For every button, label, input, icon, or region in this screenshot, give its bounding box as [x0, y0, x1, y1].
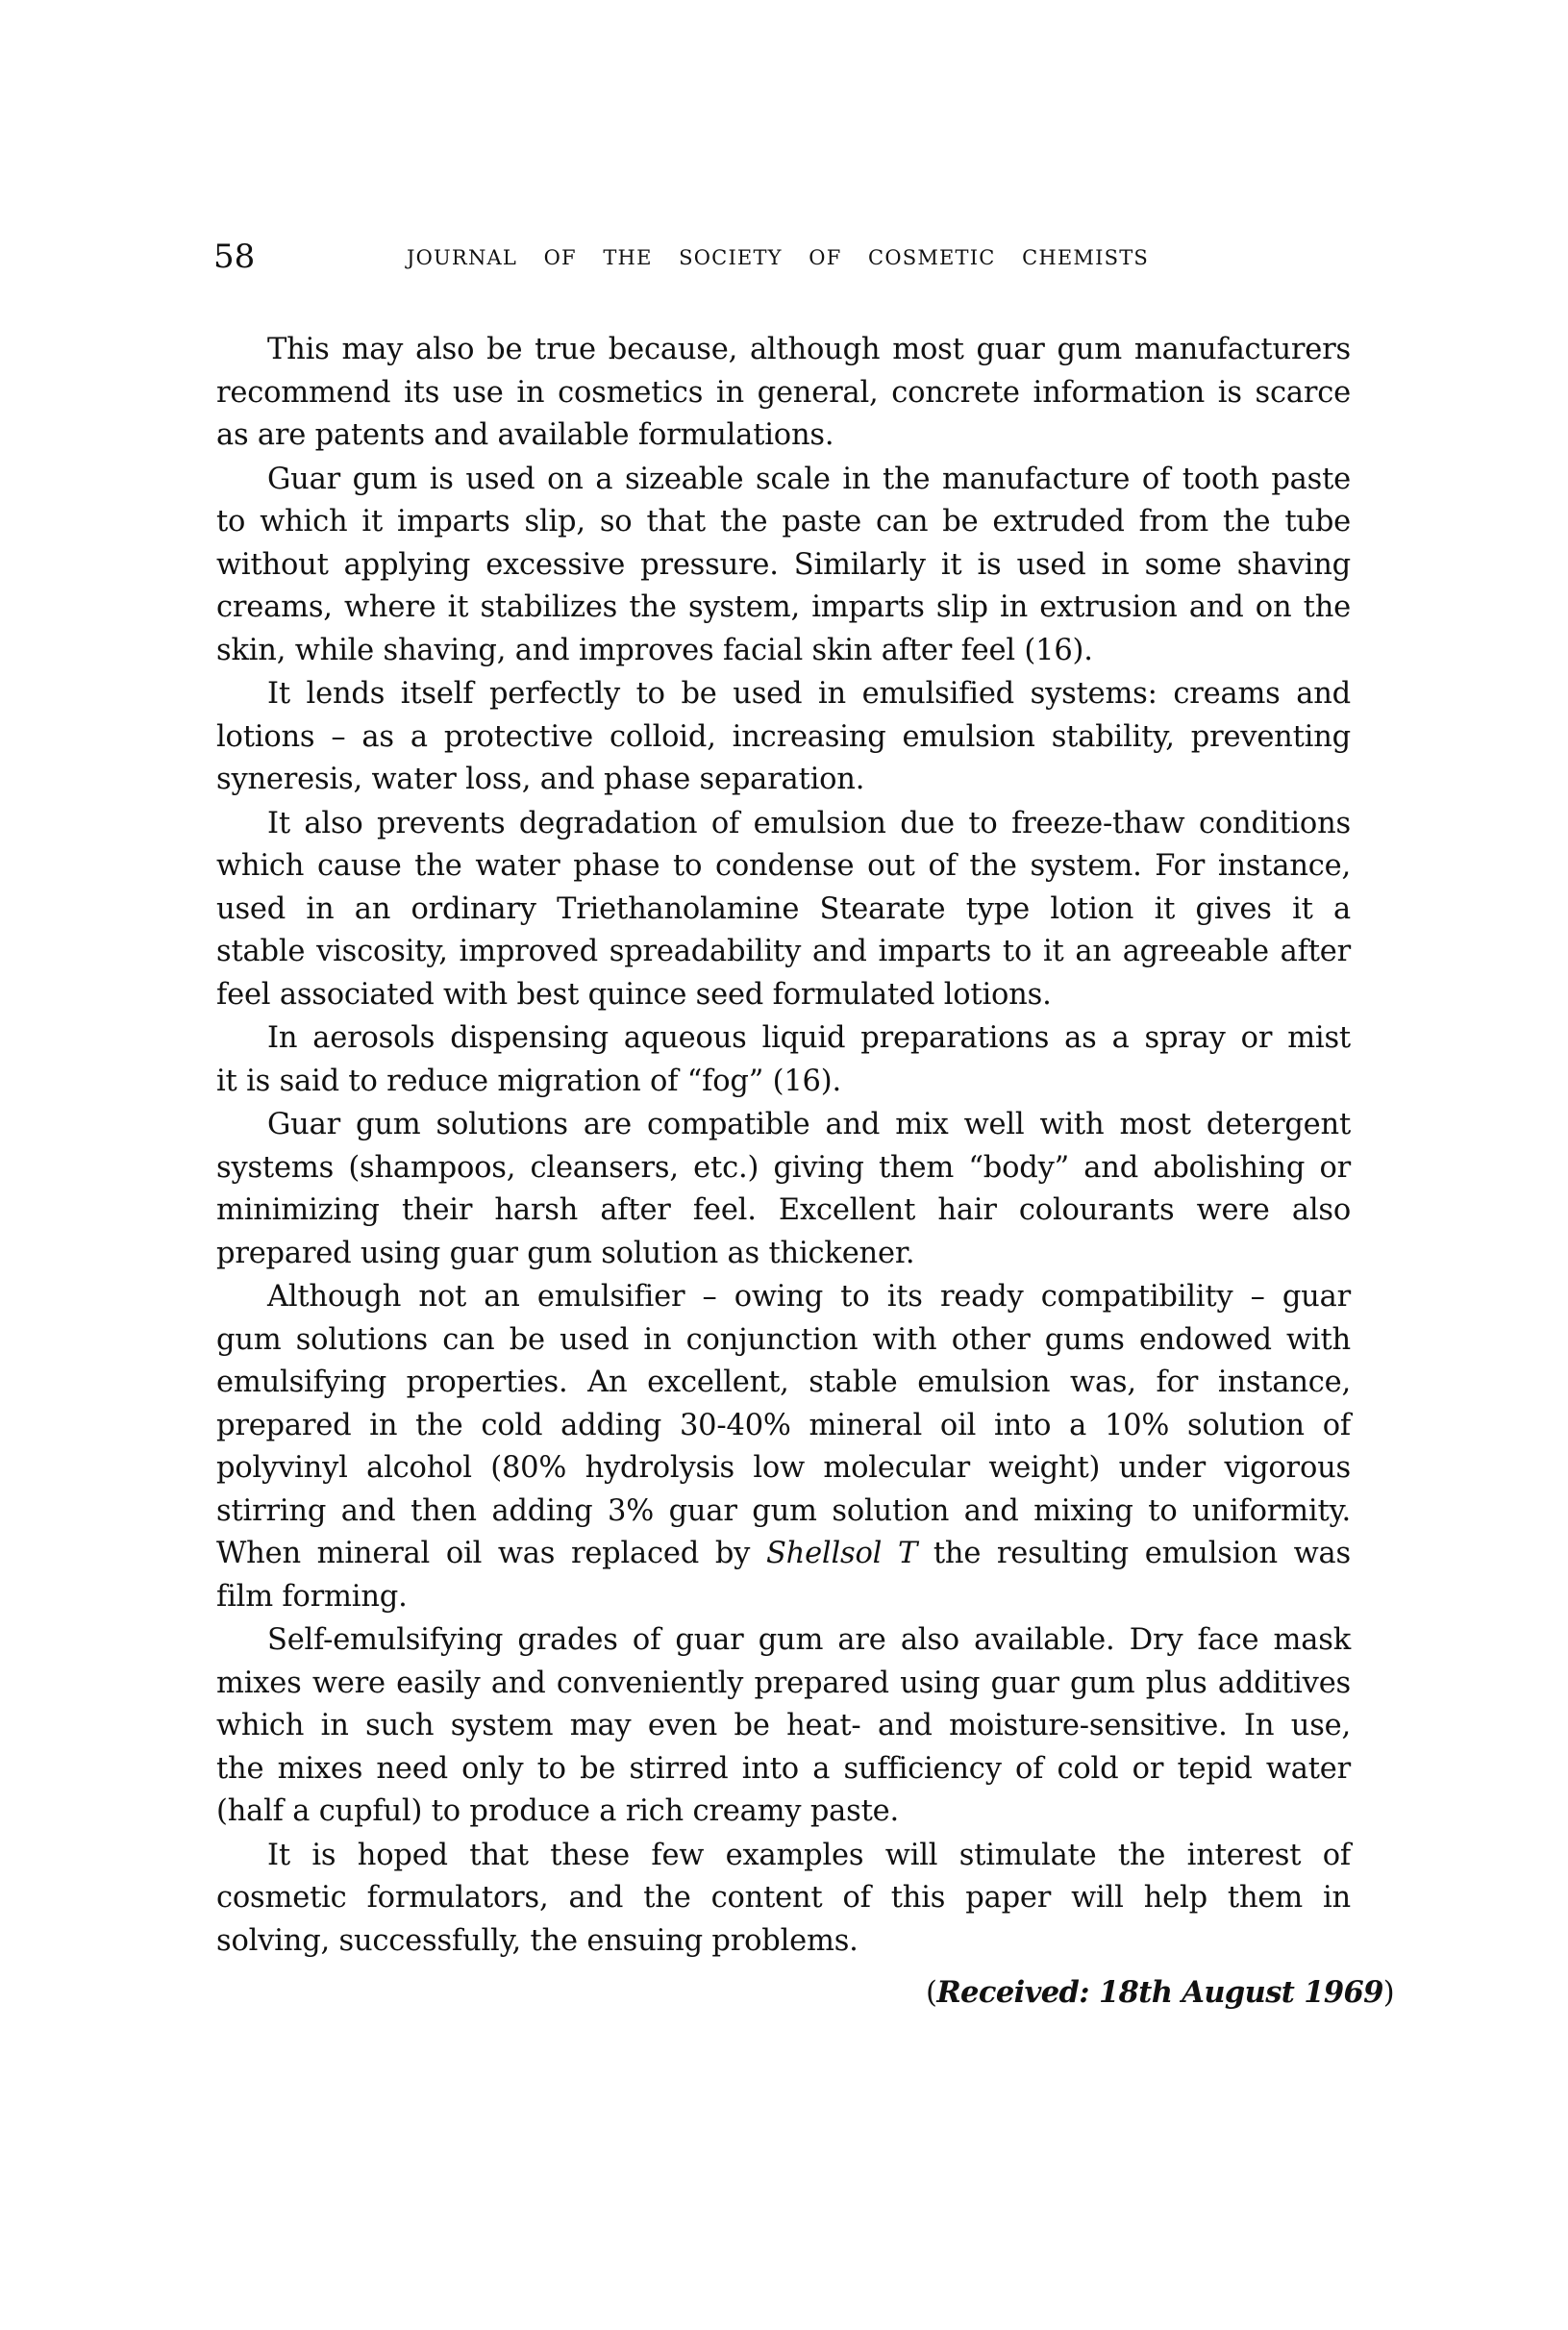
paragraph: Although not an emulsifier – owing to it…: [216, 1276, 1351, 1618]
text-line: recommend its use in cosmetics in genera…: [216, 372, 1351, 415]
text-line: feel associated with best quince seed fo…: [216, 974, 1351, 1017]
text-line: minimizing their harsh after feel. Excel…: [216, 1190, 1351, 1233]
text-line: which cause the water phase to condense …: [216, 845, 1351, 889]
text-line: Although not an emulsifier – owing to it…: [216, 1276, 1351, 1319]
text-line: This may also be true because, although …: [216, 329, 1351, 372]
text-line: the mixes need only to be stirred into a…: [216, 1748, 1351, 1791]
text-line: Guar gum solutions are compatible and mi…: [216, 1104, 1351, 1147]
paragraph: It lends itself perfectly to be used in …: [216, 673, 1351, 802]
text-line: In aerosols dispensing aqueous liquid pr…: [216, 1017, 1351, 1061]
text-line: as are patents and available formulation…: [216, 414, 1351, 458]
text-line: (half a cupful) to produce a rich creamy…: [216, 1791, 1351, 1834]
received-close-paren: ): [1383, 1976, 1394, 2010]
text-line: which in such system may even be heat- a…: [216, 1705, 1351, 1748]
italic-term: Shellsol T: [766, 1537, 917, 1570]
article-body: This may also be true because, although …: [216, 329, 1351, 1964]
paragraph: Guar gum solutions are compatible and mi…: [216, 1104, 1351, 1275]
received-open-paren: (: [926, 1976, 936, 2010]
text-line: it is said to reduce migration of “fog” …: [216, 1061, 1351, 1104]
running-head: JOURNAL OF THE SOCIETY OF COSMETIC CHEMI…: [407, 244, 1149, 271]
text-line: Guar gum is used on a sizeable scale in …: [216, 459, 1351, 502]
paragraph: In aerosols dispensing aqueous liquid pr…: [216, 1017, 1351, 1103]
paragraph: It also prevents degradation of emulsion…: [216, 803, 1351, 1017]
text-line: to which it imparts slip, so that the pa…: [216, 501, 1351, 544]
text-line: polyvinyl alcohol (80% hydrolysis low mo…: [216, 1447, 1351, 1491]
paragraph: It is hoped that these few examples will…: [216, 1835, 1351, 1964]
text-line: gum solutions can be used in conjunction…: [216, 1319, 1351, 1363]
received-date: (Received: 18th August 1969): [926, 1973, 1351, 2013]
text-line: It also prevents degradation of emulsion…: [216, 803, 1351, 846]
text-line: used in an ordinary Triethanolamine Stea…: [216, 889, 1351, 932]
page-number: 58: [213, 238, 255, 275]
paragraph: Self-emulsifying grades of guar gum are …: [216, 1619, 1351, 1834]
text-line: prepared in the cold adding 30-40% miner…: [216, 1405, 1351, 1448]
text-line: solving, successfully, the ensuing probl…: [216, 1920, 1351, 1964]
text-line: mixes were easily and conveniently prepa…: [216, 1663, 1351, 1706]
text-line: lotions – as a protective colloid, incre…: [216, 716, 1351, 760]
text-line: stirring and then adding 3% guar gum sol…: [216, 1491, 1351, 1534]
text-line: It is hoped that these few examples will…: [216, 1835, 1351, 1878]
text-line: When mineral oil was replaced by Shellso…: [216, 1533, 1351, 1576]
paragraph: This may also be true because, although …: [216, 329, 1351, 458]
text-segment: When mineral oil was replaced by: [216, 1537, 766, 1570]
text-line: without applying excessive pressure. Sim…: [216, 544, 1351, 588]
text-line: emulsifying properties. An excellent, st…: [216, 1362, 1351, 1405]
text-line: skin, while shaving, and improves facial…: [216, 630, 1351, 673]
text-line: systems (shampoos, cleansers, etc.) givi…: [216, 1147, 1351, 1190]
received-text: Received: 18th August 1969: [936, 1975, 1382, 2010]
text-line: syneresis, water loss, and phase separat…: [216, 759, 1351, 802]
text-line: Self-emulsifying grades of guar gum are …: [216, 1619, 1351, 1663]
text-line: stable viscosity, improved spreadability…: [216, 931, 1351, 974]
text-line: cosmetic formulators, and the content of…: [216, 1877, 1351, 1920]
text-line: prepared using guar gum solution as thic…: [216, 1233, 1351, 1276]
text-segment: the resulting emulsion was: [917, 1537, 1351, 1570]
text-line: film forming.: [216, 1576, 1351, 1619]
paragraph: Guar gum is used on a sizeable scale in …: [216, 459, 1351, 673]
text-line: creams, where it stabilizes the system, …: [216, 587, 1351, 630]
text-line: It lends itself perfectly to be used in …: [216, 673, 1351, 716]
